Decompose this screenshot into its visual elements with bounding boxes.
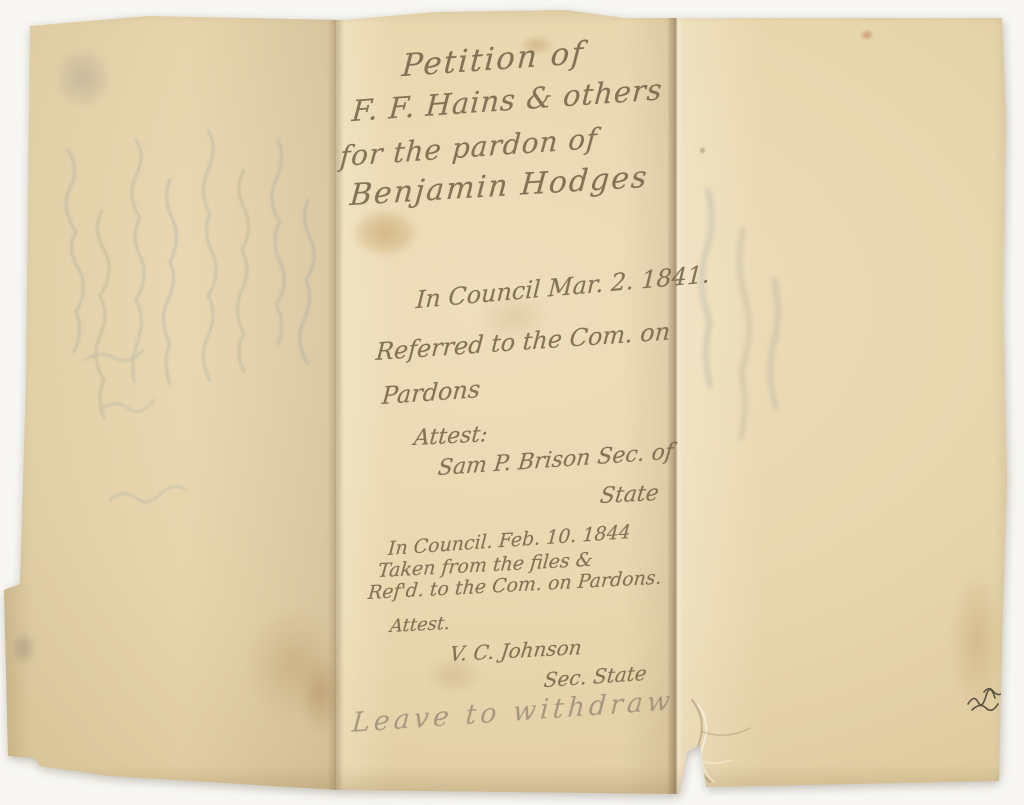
docket-1841-line-1: In Council Mar. 2. 1841. [415, 260, 710, 314]
title-line-3: for the pardon of [339, 122, 599, 173]
fold-bottom-stain-dark [294, 646, 348, 744]
panel-left [0, 0, 336, 805]
small-ink-dot [698, 146, 707, 155]
docket-1844-line-2: Taken from the files & [377, 549, 594, 582]
top-right-red-specks [858, 28, 876, 42]
bottom-center-stain [418, 650, 490, 700]
signature-secretary-1841-line-2: State [598, 481, 660, 509]
docket-1844-line-4: Attest. [389, 613, 451, 637]
document-photo: Petition of F. F. Hains & others for the… [0, 0, 1024, 805]
title-line-2: F. F. Hains & others [351, 72, 664, 128]
docket-1844-line-3: Ref'd. to the Com. on Pardons. [367, 567, 663, 605]
fold-crease-right [668, 0, 684, 805]
tan-blotch-stain [344, 204, 426, 262]
signature-secretary-1844-line-2: Sec. State [543, 661, 648, 692]
fold-crease-left [328, 0, 344, 805]
fold-bottom-stain [234, 594, 354, 736]
title-line-1: Petition of [401, 35, 586, 84]
title-line-4: Benjamin Hodges [349, 160, 650, 213]
panel-right [676, 0, 1024, 805]
pencil-note: Leave to withdraw [351, 685, 675, 739]
signature-secretary-1841: Sam P. Brison Sec. of [437, 439, 675, 481]
signature-secretary-1844: V. C. Johnson [449, 635, 584, 666]
docket-1841-line-3: Pardons [381, 375, 481, 410]
docket-1841-line-4: Attest: [413, 422, 489, 451]
top-edge-dark-spot [606, 4, 634, 20]
panel-center [336, 0, 676, 805]
bleed-through-writing-right [688, 170, 798, 590]
paper-shadow: Petition of F. F. Hains & others for the… [0, 0, 1024, 805]
right-edge-stain [944, 552, 1010, 728]
paper-sheet: Petition of F. F. Hains & others for the… [0, 0, 1024, 805]
top-edge-stain [514, 32, 560, 58]
left-edge-gray-smudge [8, 626, 40, 670]
pencil-scribble-mark [962, 682, 1010, 718]
docket-1841-line-2: Referred to the Com. on [375, 317, 671, 366]
docket-1844-line-1: In Council. Feb. 10. 1844 [387, 521, 631, 560]
crumple-wrinkle [668, 686, 778, 796]
bleed-through-writing-left [40, 110, 330, 580]
seal-stain [46, 38, 120, 118]
center-faint-stain [468, 286, 560, 348]
